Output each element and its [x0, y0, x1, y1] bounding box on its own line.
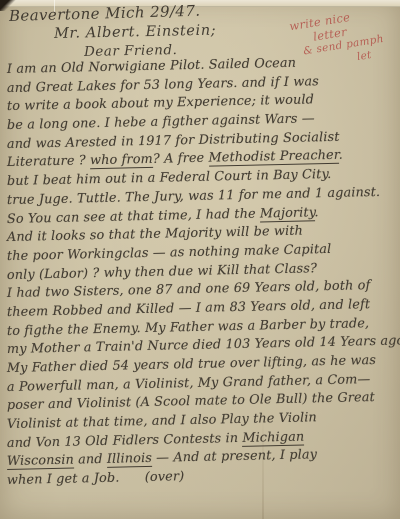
- letter-body: I am an Old Norwigiane Pilot. Sailed Oce…: [7, 61, 400, 491]
- letter-text: when I get a Job. (over): [7, 469, 185, 488]
- letter-text: Literature ?: [7, 154, 90, 171]
- letter-text: .: [339, 148, 344, 163]
- underlined-text: Majority: [260, 205, 315, 222]
- underlined-text: Illinois: [107, 451, 152, 468]
- underlined-text: Methodist Preacher: [208, 148, 338, 167]
- letter-text: ? A free: [153, 151, 209, 167]
- letter-text: and: [74, 452, 107, 468]
- underlined-text: who from: [90, 152, 153, 169]
- underlined-text: Michigan: [242, 429, 304, 446]
- underlined-text: Wisconsin: [7, 453, 74, 470]
- recipient-line: Mr. Albert. Einstein;: [54, 23, 217, 42]
- letter-text: .: [314, 205, 319, 220]
- letter-text: — And at present, I play: [152, 448, 317, 467]
- letter-page: write niceletter& send pamphlet Beaverto…: [0, 0, 400, 519]
